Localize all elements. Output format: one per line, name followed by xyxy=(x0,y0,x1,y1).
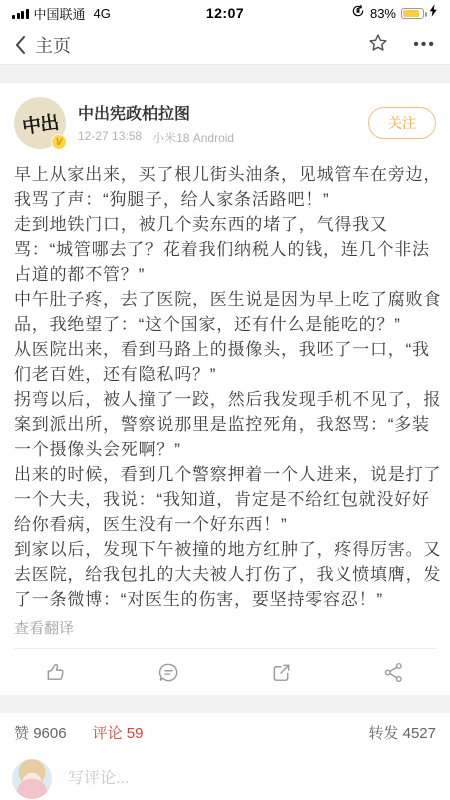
battery-percent-label: 83% xyxy=(370,6,396,21)
current-user-avatar xyxy=(12,759,52,799)
comment-bar xyxy=(0,751,450,799)
section-separator xyxy=(0,695,450,713)
post-timestamp: 12-27 13:58 xyxy=(78,129,142,146)
post-meta: 12-27 13:58 小米18 Android xyxy=(78,129,368,146)
network-type-label: 4G xyxy=(94,6,111,21)
comment-button[interactable] xyxy=(113,661,226,684)
tab-reposts[interactable]: 转发 4527 xyxy=(368,722,436,743)
author-row: 中出 V 中出宪政柏拉图 12-27 13:58 小米18 Android 关注 xyxy=(0,83,450,149)
follow-button[interactable]: 关注 xyxy=(368,107,436,139)
favorite-star-icon[interactable] xyxy=(367,32,389,59)
comments-count: 59 xyxy=(127,725,144,742)
status-left: 中国联通 4G xyxy=(12,4,172,23)
battery-icon xyxy=(401,8,424,19)
weibo-post-page: 中国联通 4G 12:07 83% 主页 xyxy=(0,0,450,800)
post-line: 拐弯以后，被人撞了一跤，然后我发现手机不见了，报 xyxy=(14,387,436,412)
arrow-out-icon xyxy=(270,661,293,684)
post-line: 中午肚子疼，去了医院，医生说是因为早上吃了腐败食 xyxy=(14,287,436,312)
post-line: 走到地铁门口，被几个卖东西的堵了，气得我又 xyxy=(14,212,436,237)
action-bar xyxy=(0,649,450,695)
post-card: 中出 V 中出宪政柏拉图 12-27 13:58 小米18 Android 关注… xyxy=(0,83,450,695)
carrier-label: 中国联通 xyxy=(34,4,86,23)
tab-likes[interactable]: 赞 9606 xyxy=(14,722,67,743)
post-line: 了一条微博：“对医生的伤害，要坚持零容忍！” xyxy=(14,587,436,612)
post-line: 早上从家出来，买了根儿街头油条，见城管车在旁边， xyxy=(14,162,436,187)
clock: 12:07 xyxy=(172,5,278,21)
post-line: 案到派出所，警察说那里是监控死角，我怒骂：“多装 xyxy=(14,412,436,437)
post-line: 品，我绝望了：“这个国家，还有什么是能吃的？” xyxy=(14,312,436,337)
post-line: 到家以后，发现下午被撞的地方红肿了，疼得厉害。又 xyxy=(14,537,436,562)
stats-bar: 赞 9606 评论 59 转发 4527 xyxy=(0,713,450,751)
author-name[interactable]: 中出宪政柏拉图 xyxy=(78,101,368,124)
comment-bubble-icon xyxy=(157,661,180,684)
post-line: 去医院，给我包扎的大夫被人打伤了，我义愤填膺，发 xyxy=(14,562,436,587)
author-info: 中出宪政柏拉图 12-27 13:58 小米18 Android xyxy=(78,101,368,146)
tab-comments[interactable]: 评论 59 xyxy=(93,722,144,743)
post-text: 早上从家出来，买了根儿街头油条，见城管车在旁边，我骂了声：“狗腿子，给人家条活路… xyxy=(0,149,450,612)
comment-input[interactable] xyxy=(66,769,350,789)
thumb-up-icon xyxy=(45,661,68,684)
post-line: 我骂了声：“狗腿子，给人家条活路吧！” xyxy=(14,187,436,212)
post-line: 占道的都不管？” xyxy=(14,262,436,287)
status-bar: 中国联通 4G 12:07 83% xyxy=(0,0,450,26)
post-line: 从医院出来，看到马路上的摄像头，我呸了一口，“我 xyxy=(14,337,436,362)
share-button[interactable] xyxy=(338,661,450,684)
likes-count: 9606 xyxy=(33,725,66,742)
section-separator xyxy=(0,65,450,83)
nav-bar: 主页 ••• xyxy=(0,26,450,65)
back-chevron-icon xyxy=(14,35,26,55)
view-translation-link[interactable]: 查看翻译 xyxy=(0,612,450,638)
post-line: 出来的时候，看到几个警察押着一个人进来，说是打了 xyxy=(14,462,436,487)
author-avatar[interactable]: 中出 V xyxy=(14,97,66,149)
post-client: 小米18 Android xyxy=(152,129,234,146)
reposts-count: 4527 xyxy=(403,725,436,742)
post-line: 骂：“城管哪去了？花着我们纳税人的钱，连几个非法 xyxy=(14,237,436,262)
back-button[interactable]: 主页 xyxy=(14,32,71,58)
share-nodes-icon xyxy=(382,661,405,684)
signal-strength-icon xyxy=(12,8,29,19)
page-title: 主页 xyxy=(35,32,71,58)
orientation-lock-icon xyxy=(351,4,365,23)
post-line: 给你看病，医生没有一个好东西！” xyxy=(14,512,436,537)
status-right: 83% xyxy=(278,4,438,23)
post-line: 一个摄像头会死啊？” xyxy=(14,437,436,462)
more-options-icon[interactable]: ••• xyxy=(413,37,436,53)
like-button[interactable] xyxy=(0,661,113,684)
post-line: 一个大夫，我说：“我知道，肯定是不给红包就没好好 xyxy=(14,487,436,512)
post-line: 们老百姓，还有隐私吗？” xyxy=(14,362,436,387)
verified-badge-icon: V xyxy=(51,134,67,150)
forward-button[interactable] xyxy=(225,661,338,684)
charging-bolt-icon xyxy=(429,4,438,22)
